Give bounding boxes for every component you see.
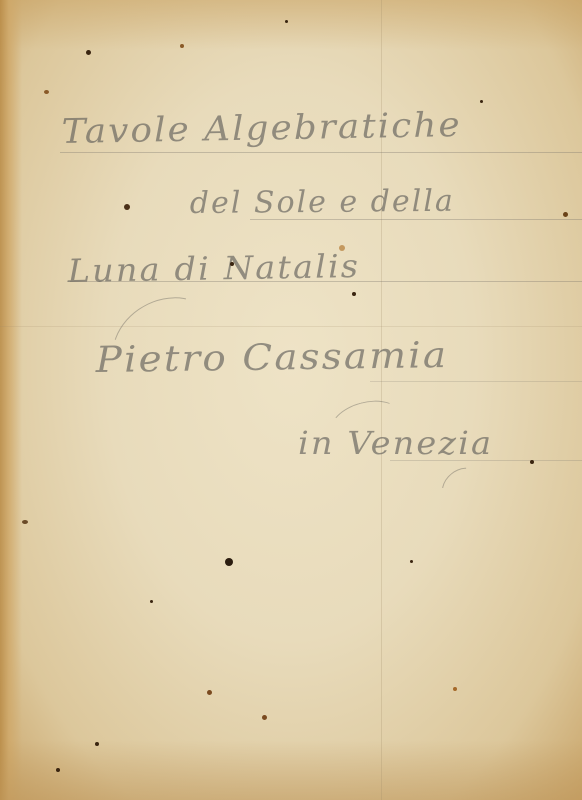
foxing-spot <box>339 245 345 251</box>
ink-spot <box>124 204 130 210</box>
foxing-spot <box>563 212 568 217</box>
ruled-line-4 <box>370 381 582 382</box>
ink-spot <box>225 558 233 566</box>
ink-spot <box>352 292 356 296</box>
foxing-spot <box>44 90 49 94</box>
paper-stain-top <box>0 0 582 50</box>
flourish-descender <box>435 460 488 512</box>
ruled-line-1 <box>60 152 582 153</box>
title-line-2: del Sole e della <box>190 184 455 221</box>
ink-spot <box>95 742 99 746</box>
ink-spot <box>86 50 91 55</box>
flourish-capital-p <box>95 278 238 414</box>
ink-spot <box>410 560 413 563</box>
foxing-spot <box>180 44 184 48</box>
foxing-spot <box>262 715 267 720</box>
paper-stain-bottom <box>0 740 582 800</box>
ink-spot <box>285 20 288 23</box>
ink-spot <box>530 460 534 464</box>
ink-spot <box>480 100 483 103</box>
foxing-spot <box>453 687 457 691</box>
manuscript-page: Tavole Algebratiche del Sole e della Lun… <box>0 0 582 800</box>
title-line-1: Tavole Algebratiche <box>61 105 462 152</box>
horizontal-fold-line <box>0 326 582 327</box>
ink-spot <box>230 262 234 266</box>
foxing-spot <box>22 520 28 524</box>
foxing-spot <box>207 690 212 695</box>
title-line-3: Luna di Natalis <box>67 247 360 290</box>
paper-stain-left-edge <box>0 0 22 800</box>
ink-spot <box>150 600 153 603</box>
ink-spot <box>56 768 60 772</box>
